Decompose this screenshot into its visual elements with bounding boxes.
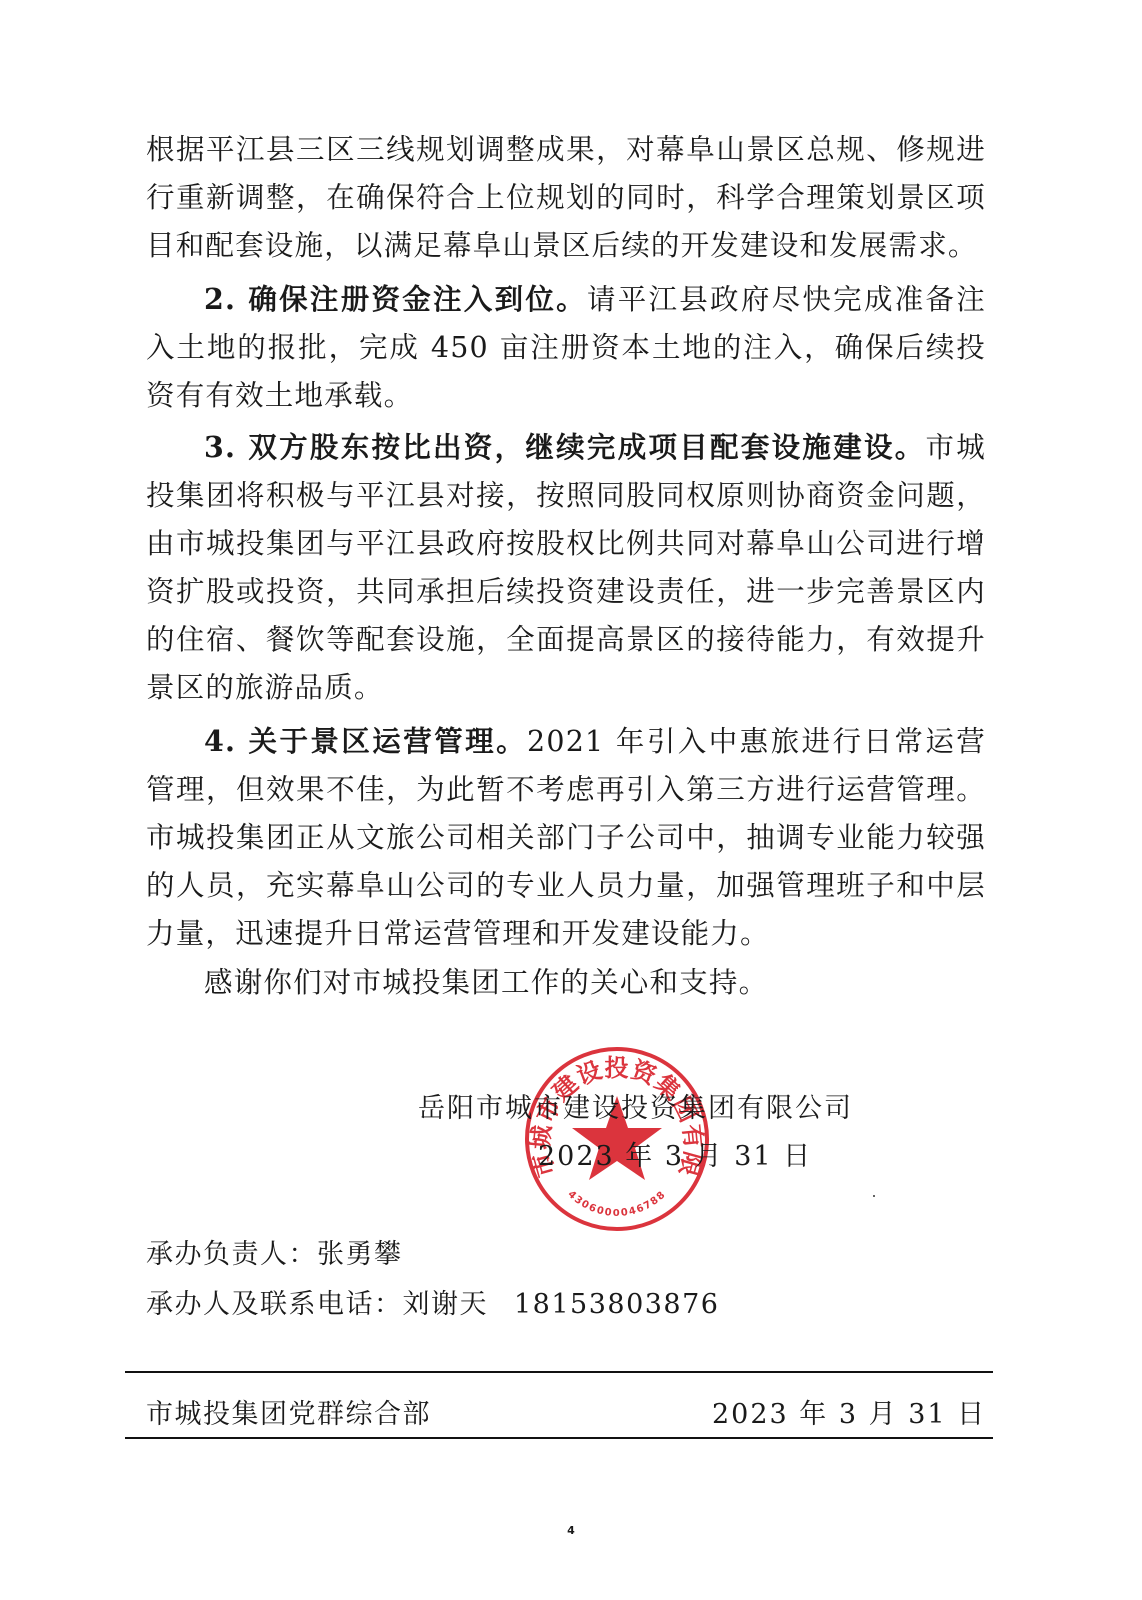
- responsible-name: 张勇攀: [317, 1239, 403, 1270]
- document-page: 根据平江县三区三线规划调整成果，对幕阜山景区总规、修规进行重新调整，在确保符合上…: [0, 0, 1142, 1600]
- handler-label: 承办人及联系电话：: [146, 1289, 403, 1320]
- footer-top-rule: [125, 1371, 993, 1373]
- footer-date: 2023 年 3 月 31 日: [712, 1392, 986, 1431]
- item-heading: 4. 关于景区运营管理。: [204, 724, 527, 758]
- paragraph-item-2: 2. 确保注册资金注入到位。请平江县政府尽快完成准备注入土地的报批，完成 450…: [146, 275, 986, 420]
- paragraph-item-3: 3. 双方股东按比出资，继续完成项目配套设施建设。市城投集团将积极与平江县对接，…: [146, 423, 986, 712]
- contact-handler: 承办人及联系电话：刘谢天18153803876: [146, 1290, 719, 1320]
- svg-text:4306000046788: 4306000046788: [565, 1189, 668, 1219]
- signature-date: 2023 年 3 月 31 日: [538, 1142, 812, 1172]
- paragraph-text: 根据平江县三区三线规划调整成果，对幕阜山景区总规、修规进行重新调整，在确保符合上…: [146, 133, 986, 262]
- paragraph-text: 感谢你们对市城投集团工作的关心和支持。: [204, 966, 768, 999]
- handler-name: 刘谢天: [403, 1289, 489, 1320]
- paragraph-item-4: 4. 关于景区运营管理。2021 年引入中惠旅进行日常运营管理，但效果不佳，为此…: [146, 717, 986, 958]
- scan-speck: [873, 1195, 875, 1197]
- paragraph-continued: 根据平江县三区三线规划调整成果，对幕阜山景区总规、修规进行重新调整，在确保符合上…: [146, 126, 986, 270]
- paragraph-text: 市城投集团将积极与平江县对接，按照同股同权原则协商资金问题，由市城投集团与平江县…: [146, 431, 986, 704]
- contact-responsible: 承办负责人：张勇攀: [146, 1240, 403, 1270]
- paragraph-text: 2021 年引入中惠旅进行日常运营管理，但效果不佳，为此暂不考虑再引入第三方进行…: [146, 725, 986, 950]
- item-heading: 2. 确保注册资金注入到位。: [204, 282, 587, 316]
- page-number: 4: [0, 1524, 1142, 1537]
- paragraph-thanks: 感谢你们对市城投集团工作的关心和支持。: [146, 959, 986, 1007]
- handler-phone: 18153803876: [514, 1289, 719, 1320]
- signature-organization: 岳阳市城市建设投资集团有限公司: [418, 1094, 853, 1124]
- footer-bottom-rule: [125, 1437, 993, 1439]
- footer-department: 市城投集团党群综合部: [146, 1392, 431, 1431]
- responsible-label: 承办负责人：: [146, 1239, 317, 1270]
- item-heading: 3. 双方股东按比出资，继续完成项目配套设施建设。: [204, 430, 926, 464]
- official-seal-icon: 岳阳市城市建设投资集团有限公司 4306000046788: [522, 1044, 712, 1234]
